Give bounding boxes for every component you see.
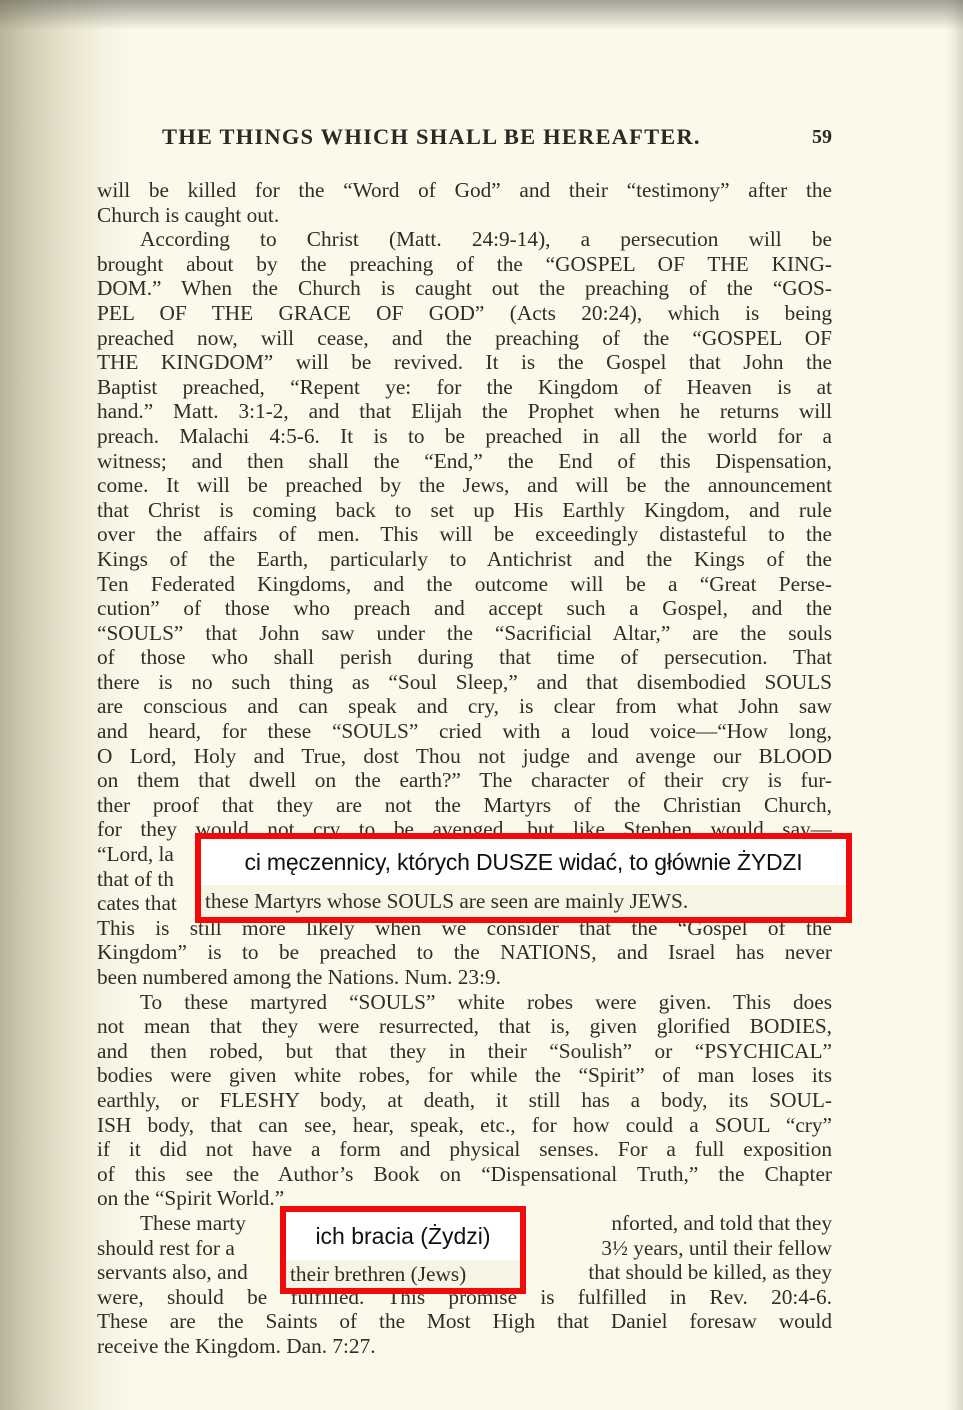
text-line: not mean that they were resurrected, tha… xyxy=(97,1014,832,1039)
text-line: preach. Malachi 4:5-6. It is to be preac… xyxy=(97,424,832,449)
line-tail: that should be killed, as they xyxy=(588,1260,832,1285)
translation-annotation-box: ci męczennicy, których DUSZE widać, to g… xyxy=(195,833,852,923)
text-line: over the affairs of men. This will be ex… xyxy=(97,522,832,547)
text-line: hand.” Matt. 3:1-2, and that Elijah the … xyxy=(97,399,832,424)
highlighted-original-text: these Martyrs whose SOULS are seen are m… xyxy=(201,885,846,917)
text-line: if it did not have a form and physical s… xyxy=(97,1137,832,1162)
line-start: should rest for a xyxy=(97,1236,235,1261)
text-line: on them that dwell on the earth?” The ch… xyxy=(97,768,832,793)
text-line: O Lord, Holy and True, dost Thou not jud… xyxy=(97,744,832,769)
text-line: and heard, for these “SOULS” cried with … xyxy=(97,719,832,744)
line-tail: 3½ years, until their fellow xyxy=(601,1236,832,1261)
text-line: ther proof that they are not the Martyrs… xyxy=(97,793,832,818)
page-number: 59 xyxy=(812,126,832,149)
text-line: PEL OF THE GRACE OF GOD” (Acts 20:24), w… xyxy=(97,301,832,326)
line-tail: nforted, and told that they xyxy=(611,1211,832,1236)
text-line: there is no such thing as “Soul Sleep,” … xyxy=(97,670,832,695)
text-line: earthly, or FLESHY body, at death, it st… xyxy=(97,1088,832,1113)
text-line: been numbered among the Nations. Num. 23… xyxy=(97,965,832,990)
text-line: witness; and then shall the “End,” the E… xyxy=(97,449,832,474)
text-line: of this see the Author’s Book on “Dispen… xyxy=(97,1162,832,1187)
text-line: Church is caught out. xyxy=(97,203,832,228)
text-line: According to Christ (Matt. 24:9-14), a p… xyxy=(97,227,832,252)
text-line: To these martyred “SOULS” white robes we… xyxy=(97,990,832,1015)
text-line: will be killed for the “Word of God” and… xyxy=(97,178,832,203)
highlighted-original-text: their brethren (Jews) xyxy=(286,1260,520,1288)
body-text: will be killed for the “Word of God” and… xyxy=(97,178,832,1359)
text-line: receive the Kingdom. Dan. 7:27. xyxy=(97,1334,832,1359)
text-line: THE KINGDOM” will be revived. It is the … xyxy=(97,350,832,375)
text-line: come. It will be preached by the Jews, a… xyxy=(97,473,832,498)
text-line: of those who shall perish during that ti… xyxy=(97,645,832,670)
text-line: These are the Saints of the Most High th… xyxy=(97,1309,832,1334)
text-line: Baptist preached, “Repent ye: for the Ki… xyxy=(97,375,832,400)
text-line: Ten Federated Kingdoms, and the outcome … xyxy=(97,572,832,597)
text-line: preached now, will cease, and the preach… xyxy=(97,326,832,351)
translation-label: ci męczennicy, których DUSZE widać, to g… xyxy=(201,839,846,891)
translation-annotation-box: ich bracia (Żydzi) their brethren (Jews) xyxy=(280,1206,526,1294)
text-line: DOM.” When the Church is caught out the … xyxy=(97,276,832,301)
text-line: Kingdom” is to be preached to the NATION… xyxy=(97,940,832,965)
text-line: that Christ is coming back to set up His… xyxy=(97,498,832,523)
text-line: ISH body, that can see, hear, speak, etc… xyxy=(97,1113,832,1138)
translation-label: ich bracia (Żydzi) xyxy=(286,1212,520,1266)
text-line: are conscious and can speak and cry, is … xyxy=(97,694,832,719)
text-line: brought about by the preaching of the “G… xyxy=(97,252,832,277)
scan-shadow xyxy=(0,0,963,30)
text-line: cution” of those who preach and accept s… xyxy=(97,596,832,621)
line-start: These marty xyxy=(140,1211,246,1236)
running-head: THE THINGS WHICH SHALL BE HEREAFTER. xyxy=(162,124,701,150)
text-line: “SOULS” that John saw under the “Sacrifi… xyxy=(97,621,832,646)
page-header: THE THINGS WHICH SHALL BE HEREAFTER. 59 xyxy=(162,124,832,158)
line-start: servants also, and xyxy=(97,1260,248,1285)
text-line: Kings of the Earth, particularly to Anti… xyxy=(97,547,832,572)
text-line: and then robed, but that they in their “… xyxy=(97,1039,832,1064)
text-line: bodies were given white robes, for while… xyxy=(97,1063,832,1088)
